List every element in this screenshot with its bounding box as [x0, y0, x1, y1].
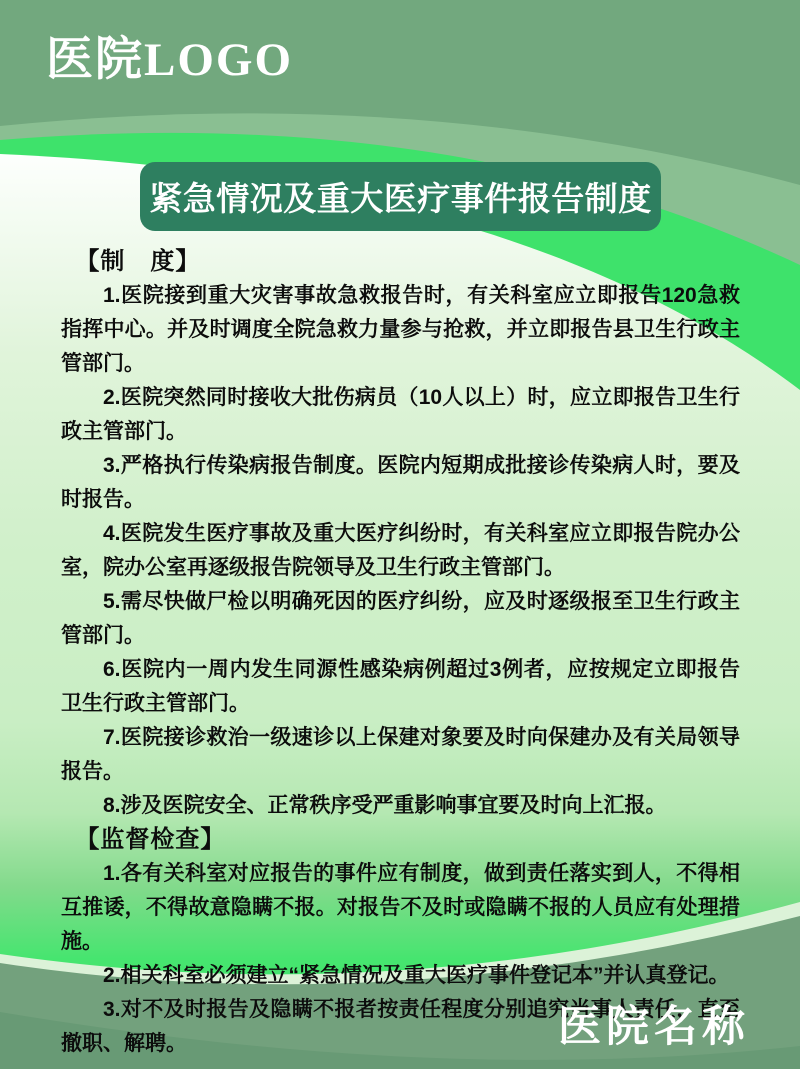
section-heading-rules: 【制 度】: [61, 245, 740, 279]
hospital-name-text: 医院名称: [558, 993, 750, 1054]
rule-item-8: 8.涉及医院安全、正常秩序受严重影响事宜要及时向上汇报。: [61, 789, 740, 823]
supervision-item-2: 2.相关科室必须建立“紧急情况及重大医疗事件登记本”并认真登记。: [61, 959, 740, 993]
rule-item-3: 3.严格执行传染病报告制度。医院内短期成批接诊传染病人时，要及时报告。: [61, 449, 740, 517]
poster-body: 【制 度】 1.医院接到重大灾害事故急救报告时，有关科室应立即报告120急救指挥…: [61, 245, 740, 1061]
rule-item-7: 7.医院接诊救治一级速诊以上保建对象要及时向保建办及有关局领导报告。: [61, 721, 740, 789]
rule-item-6: 6.医院内一周内发生同源性感染病例超过3例者，应按规定立即报告卫生行政主管部门。: [61, 653, 740, 721]
rule-item-2: 2.医院突然同时接收大批伤病员（10人以上）时，应立即报告卫生行政主管部门。: [61, 381, 740, 449]
hospital-logo-text: 医院LOGO: [46, 22, 293, 89]
section-heading-supervision: 【监督检查】: [61, 823, 740, 857]
title-banner: 紧急情况及重大医疗事件报告制度: [140, 162, 661, 231]
poster-root: 医院LOGO 紧急情况及重大医疗事件报告制度 【制 度】 1.医院接到重大灾害事…: [0, 0, 800, 1069]
rule-item-4: 4.医院发生医疗事故及重大医疗纠纷时，有关科室应立即报告院办公室，院办公室再逐级…: [61, 517, 740, 585]
supervision-item-1: 1.各有关科室对应报告的事件应有制度，做到责任落实到人，不得相互推诿，不得故意隐…: [61, 857, 740, 959]
rule-item-5: 5.需尽快做尸检以明确死因的医疗纠纷，应及时逐级报至卫生行政主管部门。: [61, 585, 740, 653]
rule-item-1: 1.医院接到重大灾害事故急救报告时，有关科室应立即报告120急救指挥中心。并及时…: [61, 279, 740, 381]
poster-title: 紧急情况及重大医疗事件报告制度: [149, 173, 652, 220]
